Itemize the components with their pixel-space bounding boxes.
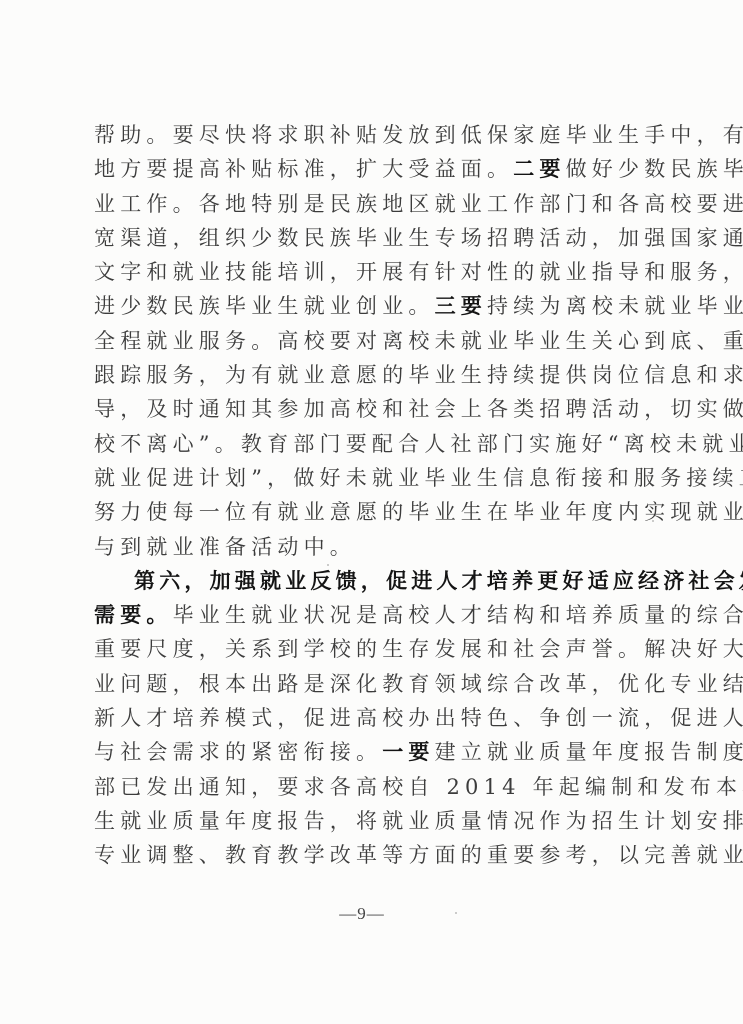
text-line: 与社会需求的紧密衔接。一要建立就业质量年度报告制度。教育 (94, 735, 664, 769)
text-span: 新人才培养模式，促进高校办出特色、争创一流，促进人才培养 (94, 706, 743, 730)
text-line: 生就业质量年度报告，将就业质量情况作为招生计划安排、学科 (94, 804, 664, 838)
text-span: 与到就业准备活动中。 (94, 535, 356, 559)
bold-text: 一要 (382, 739, 434, 764)
text-line: 业工作。各地特别是民族地区就业工作部门和各高校要进一步拓 (94, 187, 664, 221)
scan-speck (652, 520, 654, 522)
text-line: 努力使每一位有就业意愿的毕业生在毕业年度内实现就业或参 (94, 495, 664, 529)
text-line: 宽渠道，组织少数民族毕业生专场招聘活动，加强国家通用语言 (94, 221, 664, 255)
text-span: 毕业生就业状况是高校人才结构和培养质量的综合反映和 (173, 603, 743, 627)
page-number: —9— (336, 904, 388, 924)
text-line: 文字和就业技能培训，开展有针对性的就业指导和服务，努力促 (94, 255, 664, 289)
text-span: 专业调整、教育教学改革等方面的重要参考，以完善就业与招生、 (94, 843, 743, 867)
text-line: 需要。毕业生就业状况是高校人才结构和培养质量的综合反映和 (94, 598, 664, 632)
text-span: 重要尺度，关系到学校的生存发展和社会声誉。解决好大学生就 (94, 637, 743, 661)
text-span: 跟踪服务，为有就业意愿的毕业生持续提供岗位信息和求职指 (94, 363, 743, 387)
text-span: 业问题，根本出路是深化教育领域综合改革，优化专业结构，创 (94, 672, 743, 696)
text-span: 建立就业质量年度报告制度。教育 (435, 740, 743, 764)
text-span: 与社会需求的紧密衔接。 (94, 740, 382, 764)
text-span: 部已发出通知，要求各高校自 2014 年起编制和发布本校的毕业 (94, 775, 743, 799)
text-line: 地方要提高补贴标准，扩大受益面。二要做好少数民族毕业生就 (94, 152, 664, 186)
text-line: 新人才培养模式，促进高校办出特色、争创一流，促进人才培养 (94, 701, 664, 735)
text-line: 跟踪服务，为有就业意愿的毕业生持续提供岗位信息和求职指 (94, 358, 664, 392)
text-line: 帮助。要尽快将求职补贴发放到低保家庭毕业生手中，有条件的 (94, 118, 664, 152)
text-span: 校不离心”。教育部门要配合人社部门实施好“离校未就业毕业生 (94, 432, 743, 456)
text-line: 进少数民族毕业生就业创业。三要持续为离校未就业毕业生提供 (94, 289, 664, 323)
text-span: 文字和就业技能培训，开展有针对性的就业指导和服务，努力促 (94, 260, 743, 284)
text-span: 进少数民族毕业生就业创业。 (94, 294, 435, 318)
text-line: 与到就业准备活动中。 (94, 530, 664, 564)
text-line: 全程就业服务。高校要对离校未就业毕业生关心到底、重点推荐、 (94, 324, 664, 358)
text-span: 帮助。要尽快将求职补贴发放到低保家庭毕业生手中，有条件的 (94, 123, 743, 147)
bold-text: 二要 (513, 156, 565, 181)
bold-text: 第六，加强就业反馈，促进人才培养更好适应经济社会发展 (134, 568, 743, 593)
text-span: 全程就业服务。高校要对离校未就业毕业生关心到底、重点推荐、 (94, 329, 743, 353)
text-span: 生就业质量年度报告，将就业质量情况作为招生计划安排、学科 (94, 809, 743, 833)
scan-speck (246, 438, 248, 440)
document-page: 帮助。要尽快将求职补贴发放到低保家庭毕业生手中，有条件的地方要提高补贴标准，扩大… (0, 0, 743, 1024)
text-line: 专业调整、教育教学改革等方面的重要参考，以完善就业与招生、 (94, 838, 664, 872)
text-span: 宽渠道，组织少数民族毕业生专场招聘活动，加强国家通用语言 (94, 226, 743, 250)
text-line: 校不离心”。教育部门要配合人社部门实施好“离校未就业毕业生 (94, 427, 664, 461)
text-line: 重要尺度，关系到学校的生存发展和社会声誉。解决好大学生就 (94, 632, 664, 666)
text-span: 努力使每一位有就业意愿的毕业生在毕业年度内实现就业或参 (94, 500, 743, 524)
section-heading-line: 第六，加强就业反馈，促进人才培养更好适应经济社会发展 (94, 564, 664, 598)
text-line: 业问题，根本出路是深化教育领域综合改革，优化专业结构，创 (94, 667, 664, 701)
text-line: 导，及时通知其参加高校和社会上各类招聘活动，切实做到“离 (94, 392, 664, 426)
bold-text: 需要。 (94, 602, 173, 627)
scan-speck (327, 564, 329, 566)
text-span: 业工作。各地特别是民族地区就业工作部门和各高校要进一步拓 (94, 192, 743, 216)
body-text: 帮助。要尽快将求职补贴发放到低保家庭毕业生手中，有条件的地方要提高补贴标准，扩大… (94, 118, 664, 873)
text-line: 部已发出通知，要求各高校自 2014 年起编制和发布本校的毕业 (94, 770, 664, 804)
text-line: 就业促进计划”，做好未就业毕业生信息衔接和服务接续工作， (94, 461, 664, 495)
text-span: 就业促进计划”，做好未就业毕业生信息衔接和服务接续工作， (94, 466, 743, 490)
text-span: 地方要提高补贴标准，扩大受益面。 (94, 157, 513, 181)
bold-text: 三要 (435, 293, 487, 318)
scan-speck (455, 912, 457, 914)
text-span: 导，及时通知其参加高校和社会上各类招聘活动，切实做到“离 (94, 397, 743, 421)
text-span: 持续为离校未就业毕业生提供 (487, 294, 743, 318)
text-span: 做好少数民族毕业生就 (566, 157, 743, 181)
